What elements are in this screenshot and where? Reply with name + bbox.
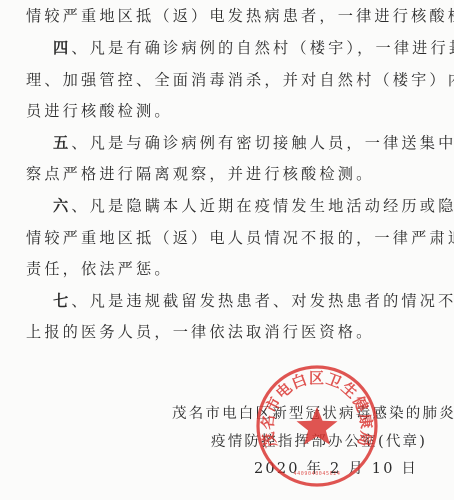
signature-org-line-2: 疫情防控指挥部办公室(代章) (211, 432, 427, 452)
line-text: 员进行核酸检测。 (26, 102, 173, 120)
document-page: 情较严重地区抵（返）电发热病患者，一律进行核酸检测。 四、凡是有确诊病例的自然村… (0, 0, 454, 500)
paragraph-4-line-2: 理、加强管控、全面消毒消杀，并对自然村（楼宇）内所有人 (26, 70, 454, 90)
item-number: 五 (53, 134, 71, 152)
line-text: 、凡是隐瞒本人近期在疫情发生地活动经历或隐瞒从疫 (71, 197, 454, 215)
paragraph-4-line-3: 员进行核酸检测。 (26, 101, 173, 121)
line-text: 理、加强管控、全面消毒消杀，并对自然村（楼宇）内所有人 (26, 71, 454, 89)
paragraph-7-line-1: 七、凡是违规截留发热患者、对发热患者的情况不按规定 (53, 291, 454, 311)
signature-org-line-1: 茂名市电白区新型冠状病毒感染的肺炎 (172, 404, 454, 424)
paragraph-4-line-1: 四、凡是有确诊病例的自然村（楼宇），一律进行封闭管 (53, 38, 454, 58)
signature-date: 2020 年 2 月 10 日 (254, 459, 418, 479)
line-text: 责任，依法严惩。 (26, 260, 173, 278)
paragraph-3-end: 情较严重地区抵（返）电发热病患者，一律进行核酸检测。 (26, 6, 454, 26)
paragraph-5-line-1: 五、凡是与确诊病例有密切接触人员，一律送集中医学观 (53, 133, 454, 153)
paragraph-6-line-2: 情较严重地区抵（返）电人员情况不报的，一律严肃追究法律 (26, 228, 454, 248)
line-text: 情较严重地区抵（返）电人员情况不报的，一律严肃追究法律 (26, 229, 454, 247)
item-number: 四 (53, 39, 71, 57)
item-number: 七 (53, 292, 71, 310)
line-text: 、凡是有确诊病例的自然村（楼宇），一律进行封闭管 (71, 39, 454, 57)
paragraph-7-line-2: 上报的医务人员，一律依法取消行医资格。 (26, 322, 374, 342)
paragraph-6-line-1: 六、凡是隐瞒本人近期在疫情发生地活动经历或隐瞒从疫 (53, 196, 454, 216)
item-number: 六 (53, 197, 71, 215)
line-text: 、凡是与确诊病例有密切接触人员，一律送集中医学观 (71, 134, 454, 152)
line-text: 上报的医务人员，一律依法取消行医资格。 (26, 323, 374, 341)
paragraph-5-line-2: 察点严格进行隔离观察，并进行核酸检测。 (26, 164, 374, 184)
line-text: 情较严重地区抵（返）电发热病患者，一律进行核酸检测。 (26, 7, 454, 25)
line-text: 、凡是违规截留发热患者、对发热患者的情况不按规定 (71, 292, 454, 310)
paragraph-6-line-3: 责任，依法严惩。 (26, 259, 173, 279)
line-text: 察点严格进行隔离观察，并进行核酸检测。 (26, 165, 374, 183)
